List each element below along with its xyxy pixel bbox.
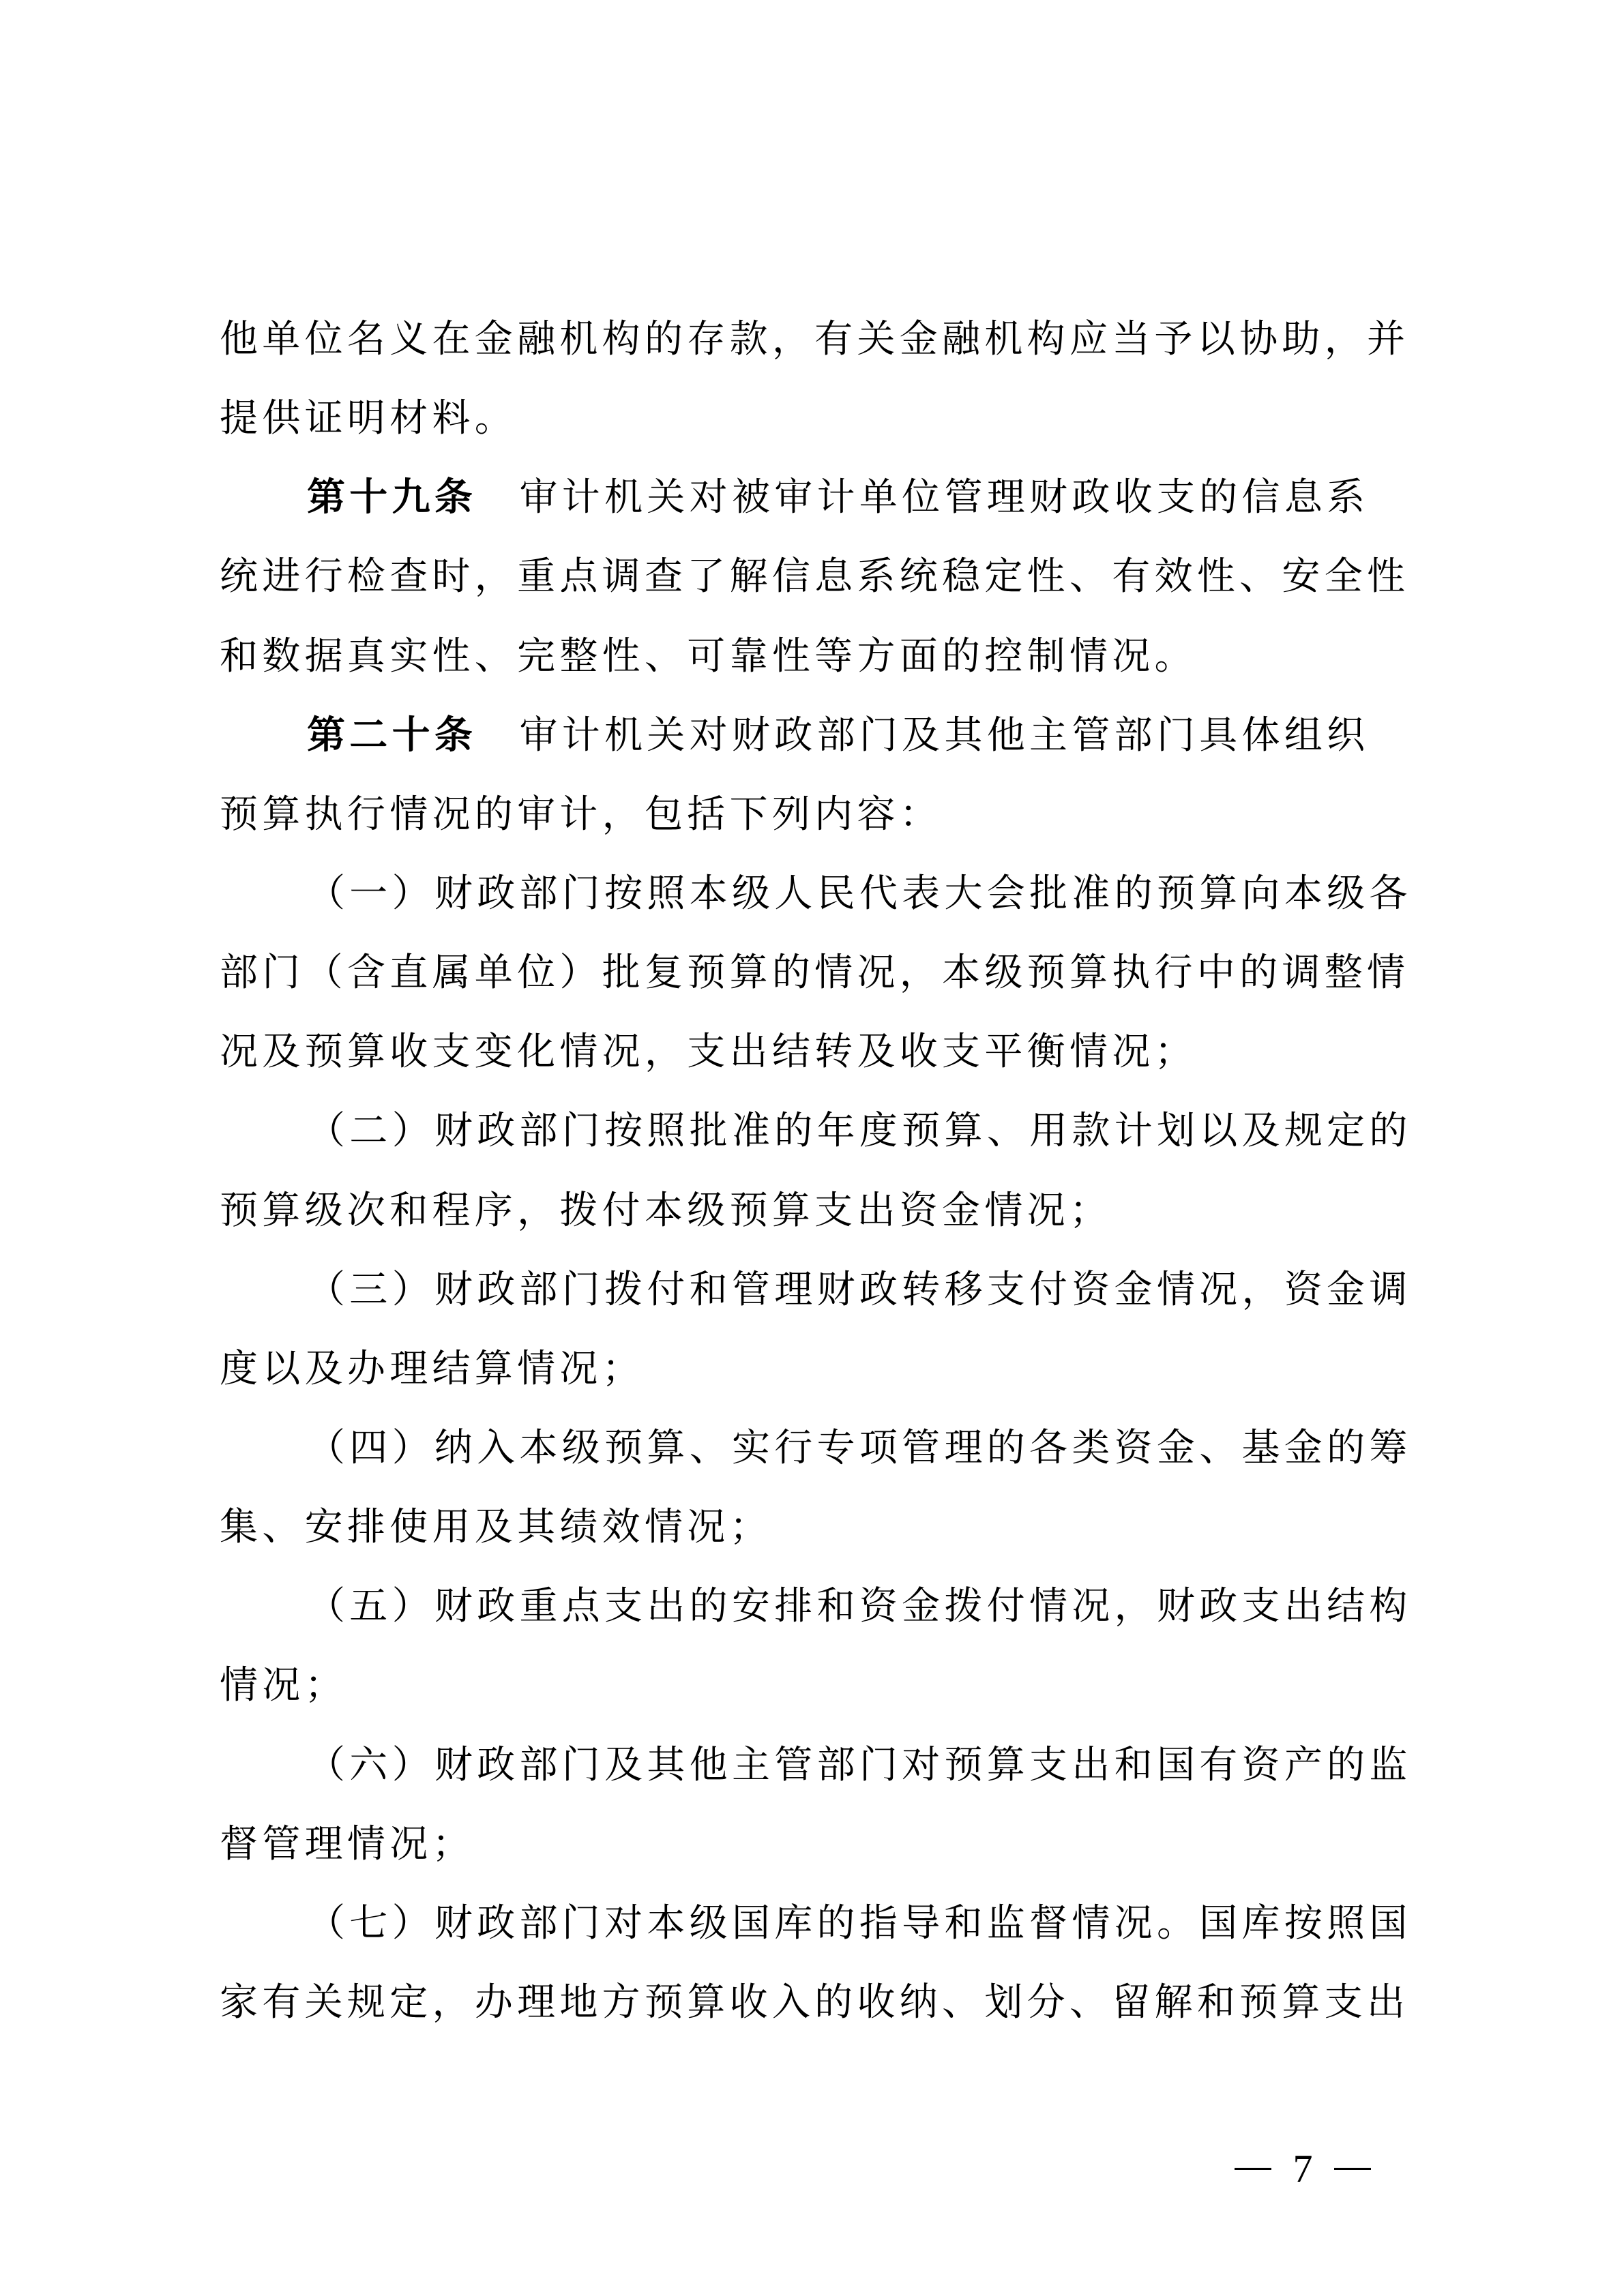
text-line: 提供证明材料。 <box>220 379 1409 458</box>
text-line: 和数据真实性、完整性、可靠性等方面的控制情况。 <box>220 617 1409 696</box>
text-line: 度以及办理结算情况； <box>220 1330 1409 1409</box>
line-text: 况及预算收支变化情况，支出结转及收支平衡情况； <box>220 1030 1197 1074</box>
list-item-3-line: （三）财政部门拨付和管理财政转移支付资金情况，资金调 <box>220 1251 1409 1330</box>
line-text: 统进行检查时，重点调查了解信息系统稳定性、有效性、安全性 <box>220 554 1409 599</box>
text-line: 集、安排使用及其绩效情况； <box>220 1488 1409 1567</box>
line-text: 预算执行情况的审计，包括下列内容： <box>220 792 942 837</box>
line-text: 预算级次和程序，拨付本级预算支出资金情况； <box>220 1189 1112 1233</box>
line-text: （七）财政部门对本级国库的指导和监督情况。国库按照国 <box>307 1901 1412 1945</box>
page-number-value: 7 <box>1293 2146 1313 2192</box>
line-text: 部门（含直属单位）批复预算的情况，本级预算执行中的调整情 <box>220 951 1409 995</box>
line-text: 和数据真实性、完整性、可靠性等方面的控制情况。 <box>220 634 1197 679</box>
dash-left <box>1235 2168 1271 2170</box>
article-20-first-line: 第二十条审计机关对财政部门及其他主管部门具体组织 <box>220 696 1409 775</box>
line-text: 度以及办理结算情况； <box>220 1347 645 1391</box>
document-page: 他单位名义在金融机构的存款，有关金融机构应当予以协助，并 提供证明材料。 第十九… <box>0 0 1624 2296</box>
line-text: 审计机关对财政部门及其他主管部门具体组织 <box>519 713 1369 758</box>
line-text: （五）财政重点支出的安排和资金拨付情况，财政支出结构 <box>307 1584 1412 1628</box>
text-line: 督管理情况； <box>220 1805 1409 1884</box>
list-item-2-line: （二）财政部门按照批准的年度预算、用款计划以及规定的 <box>220 1092 1409 1171</box>
line-text: 提供证明材料。 <box>220 396 517 441</box>
page-number: 7 <box>1235 2141 1371 2196</box>
line-text: 情况； <box>220 1663 347 1708</box>
list-item-7-line: （七）财政部门对本级国库的指导和监督情况。国库按照国 <box>220 1884 1409 1963</box>
body-text: 他单位名义在金融机构的存款，有关金融机构应当予以协助，并 提供证明材料。 第十九… <box>220 300 1409 2042</box>
article-heading: 第二十条 <box>307 713 477 758</box>
list-item-1-line: （一）财政部门按照本级人民代表大会批准的预算向本级各 <box>220 854 1409 934</box>
list-item-5-line: （五）财政重点支出的安排和资金拨付情况，财政支出结构 <box>220 1567 1409 1646</box>
text-line: 预算执行情况的审计，包括下列内容： <box>220 775 1409 854</box>
line-text: 他单位名义在金融机构的存款，有关金融机构应当予以协助，并 <box>220 317 1409 361</box>
line-text: 家有关规定，办理地方预算收入的收纳、划分、留解和预算支出 <box>220 1980 1409 2025</box>
text-line: 预算级次和程序，拨付本级预算支出资金情况； <box>220 1172 1409 1251</box>
text-line: 部门（含直属单位）批复预算的情况，本级预算执行中的调整情 <box>220 934 1409 1013</box>
article-heading: 第十九条 <box>307 475 477 520</box>
list-item-4-line: （四）纳入本级预算、实行专项管理的各类资金、基金的筹 <box>220 1409 1409 1488</box>
line-text: （一）财政部门按照本级人民代表大会批准的预算向本级各 <box>307 871 1412 916</box>
line-text: 督管理情况； <box>220 1822 475 1866</box>
list-item-6-line: （六）财政部门及其他主管部门对预算支出和国有资产的监 <box>220 1726 1409 1805</box>
line-text: 审计机关对被审计单位管理财政收支的信息系 <box>519 475 1369 520</box>
line-text: （六）财政部门及其他主管部门对预算支出和国有资产的监 <box>307 1743 1412 1787</box>
article-19-first-line: 第十九条审计机关对被审计单位管理财政收支的信息系 <box>220 458 1409 537</box>
text-line: 家有关规定，办理地方预算收入的收纳、划分、留解和预算支出 <box>220 1963 1409 2042</box>
text-line: 他单位名义在金融机构的存款，有关金融机构应当予以协助，并 <box>220 300 1409 379</box>
text-line: 情况； <box>220 1646 1409 1725</box>
line-text: 集、安排使用及其绩效情况； <box>220 1505 772 1549</box>
line-text: （四）纳入本级预算、实行专项管理的各类资金、基金的筹 <box>307 1426 1412 1470</box>
text-line: 统进行检查时，重点调查了解信息系统稳定性、有效性、安全性 <box>220 537 1409 616</box>
text-line: 况及预算收支变化情况，支出结转及收支平衡情况； <box>220 1013 1409 1092</box>
dash-right <box>1334 2168 1371 2170</box>
line-text: （二）财政部门按照批准的年度预算、用款计划以及规定的 <box>307 1109 1412 1153</box>
line-text: （三）财政部门拨付和管理财政转移支付资金情况，资金调 <box>307 1268 1412 1312</box>
